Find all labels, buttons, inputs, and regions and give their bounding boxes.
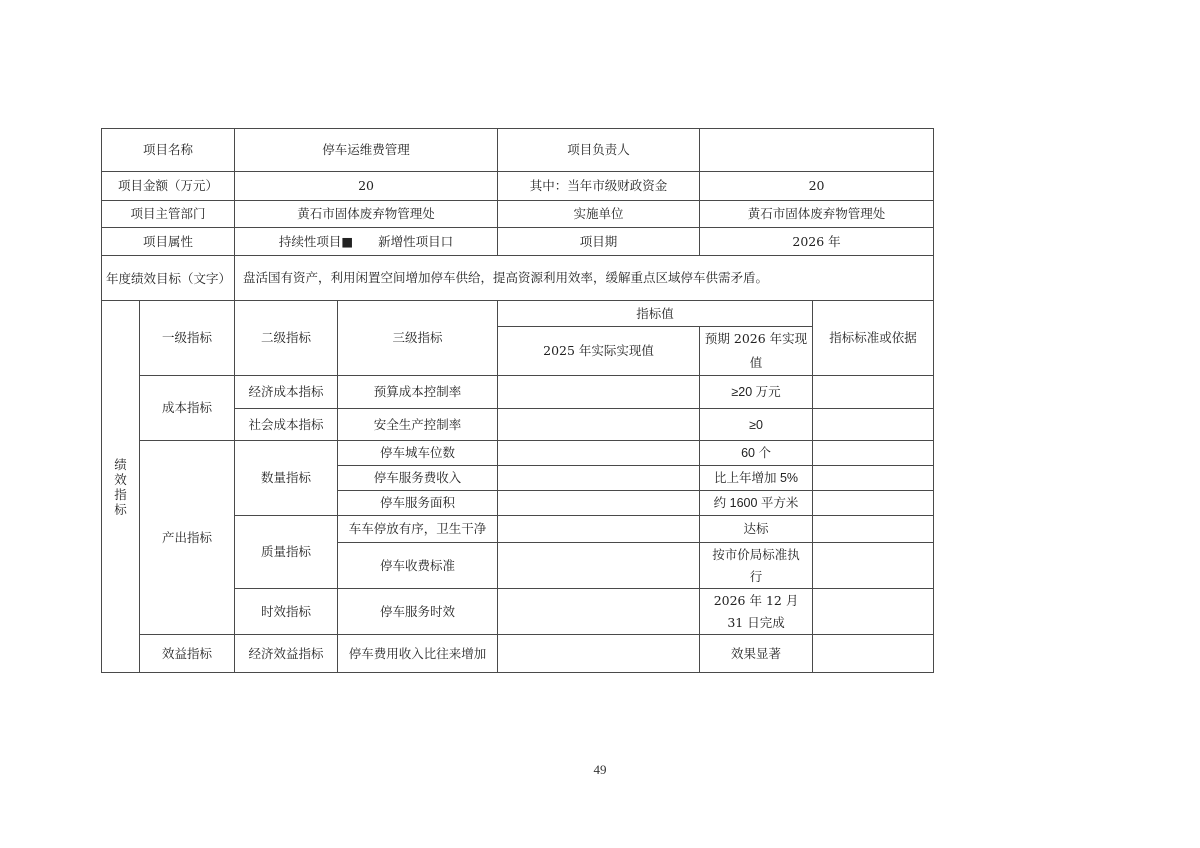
basis-cell bbox=[813, 466, 934, 491]
actual-cell bbox=[498, 466, 700, 491]
basis-cell bbox=[813, 516, 934, 543]
sub-quantity: 数量指标 bbox=[235, 441, 338, 516]
sub-econ-cost: 经济成本指标 bbox=[235, 376, 338, 409]
performance-table: 项目名称 停车运维费管理 项目负责人 项目金额（万元） 20 其中：当年市级财政… bbox=[101, 128, 934, 673]
level3-cell: 停车服务时效 bbox=[338, 589, 498, 635]
expected-cell: ≥20 万元 bbox=[700, 376, 813, 409]
row-amount: 项目金额（万元） 20 其中：当年市级财政资金 20 bbox=[102, 172, 934, 201]
header-actual-2025: 2025 年实际实现值 bbox=[498, 327, 700, 376]
basis-cell bbox=[813, 635, 934, 673]
fiscal-label: 其中：当年市级财政资金 bbox=[498, 172, 700, 201]
attr-value: 持续性项目■ 新增性项目口 bbox=[235, 228, 498, 256]
table-row: 效益指标 经济效益指标 停车费用收入比往来增加 效果显著 bbox=[102, 635, 934, 673]
project-name-label: 项目名称 bbox=[102, 129, 235, 172]
header-expected-2026: 预期 2026 年实现值 bbox=[700, 327, 813, 376]
actual-cell bbox=[498, 589, 700, 635]
dept-label: 项目主管部门 bbox=[102, 201, 235, 228]
amount-value: 20 bbox=[235, 172, 498, 201]
page-number: 49 bbox=[0, 762, 1200, 778]
attr-label: 项目属性 bbox=[102, 228, 235, 256]
expected-cell: 约 1600 平方米 bbox=[700, 491, 813, 516]
impl-value: 黄石市固体废弃物管理处 bbox=[700, 201, 934, 228]
sub-timeliness: 时效指标 bbox=[235, 589, 338, 635]
sub-social-cost: 社会成本指标 bbox=[235, 409, 338, 441]
actual-cell bbox=[498, 516, 700, 543]
level3-cell: 停车城车位数 bbox=[338, 441, 498, 466]
level3-cell: 车车停放有序，卫生干净 bbox=[338, 516, 498, 543]
header-level3: 三级指标 bbox=[338, 301, 498, 376]
actual-cell bbox=[498, 635, 700, 673]
group-benefit: 效益指标 bbox=[140, 635, 235, 673]
period-value: 2026 年 bbox=[700, 228, 934, 256]
header-value: 指标值 bbox=[498, 301, 813, 327]
row-department: 项目主管部门 黄石市固体废弃物管理处 实施单位 黄石市固体废弃物管理处 bbox=[102, 201, 934, 228]
basis-cell bbox=[813, 441, 934, 466]
dept-value: 黄石市固体废弃物管理处 bbox=[235, 201, 498, 228]
expected-cell: 比上年增加 5% bbox=[700, 466, 813, 491]
goal-text: 盘活国有资产，利用闲置空间增加停车供给，提高资源利用效率，缓解重点区域停车供需矛… bbox=[235, 256, 934, 301]
project-name-value: 停车运维费管理 bbox=[235, 129, 498, 172]
group-cost: 成本指标 bbox=[140, 376, 235, 441]
actual-cell bbox=[498, 409, 700, 441]
amount-label: 项目金额（万元） bbox=[102, 172, 235, 201]
actual-cell bbox=[498, 376, 700, 409]
header-basis: 指标标准或依据 bbox=[813, 301, 934, 376]
expected-cell: 60 个 bbox=[700, 441, 813, 466]
level3-cell: 停车费用收入比往来增加 bbox=[338, 635, 498, 673]
basis-cell bbox=[813, 376, 934, 409]
header-level1: 一级指标 bbox=[140, 301, 235, 376]
basis-cell bbox=[813, 589, 934, 635]
expected-cell: 达标 bbox=[700, 516, 813, 543]
document-page: 项目名称 停车运维费管理 项目负责人 项目金额（万元） 20 其中：当年市级财政… bbox=[0, 0, 1200, 848]
expected-cell: ≥0 bbox=[700, 409, 813, 441]
actual-cell bbox=[498, 491, 700, 516]
actual-cell bbox=[498, 441, 700, 466]
indicator-header-row-1: 绩效指标 一级指标 二级指标 三级指标 指标值 指标标准或依据 bbox=[102, 301, 934, 327]
basis-cell bbox=[813, 409, 934, 441]
fiscal-value: 20 bbox=[700, 172, 934, 201]
header-level2: 二级指标 bbox=[235, 301, 338, 376]
level3-cell: 停车服务面积 bbox=[338, 491, 498, 516]
sub-econ-benefit: 经济效益指标 bbox=[235, 635, 338, 673]
leader-label: 项目负责人 bbox=[498, 129, 700, 172]
sub-quality: 质量指标 bbox=[235, 516, 338, 589]
expected-cell: 效果显著 bbox=[700, 635, 813, 673]
actual-cell bbox=[498, 543, 700, 589]
table-row: 产出指标 数量指标 停车城车位数 60 个 bbox=[102, 441, 934, 466]
table-row: 成本指标 经济成本指标 预算成本控制率 ≥20 万元 bbox=[102, 376, 934, 409]
level3-cell: 停车收费标准 bbox=[338, 543, 498, 589]
row-project-name: 项目名称 停车运维费管理 项目负责人 bbox=[102, 129, 934, 172]
row-goal: 年度绩效目标（文字） 盘活国有资产，利用闲置空间增加停车供给，提高资源利用效率，… bbox=[102, 256, 934, 301]
goal-label: 年度绩效目标（文字） bbox=[102, 256, 235, 301]
expected-cell: 按市价局标准执行 bbox=[700, 543, 813, 589]
level3-cell: 停车服务费收入 bbox=[338, 466, 498, 491]
level3-cell: 预算成本控制率 bbox=[338, 376, 498, 409]
expected-cell: 2026 年 12 月 31 日完成 bbox=[700, 589, 813, 635]
impl-label: 实施单位 bbox=[498, 201, 700, 228]
row-attribute: 项目属性 持续性项目■ 新增性项目口 项目期 2026 年 bbox=[102, 228, 934, 256]
basis-cell bbox=[813, 491, 934, 516]
group-output: 产出指标 bbox=[140, 441, 235, 635]
section-label: 绩效指标 bbox=[102, 301, 140, 673]
leader-value bbox=[700, 129, 934, 172]
level3-cell: 安全生产控制率 bbox=[338, 409, 498, 441]
basis-cell bbox=[813, 543, 934, 589]
period-label: 项目期 bbox=[498, 228, 700, 256]
